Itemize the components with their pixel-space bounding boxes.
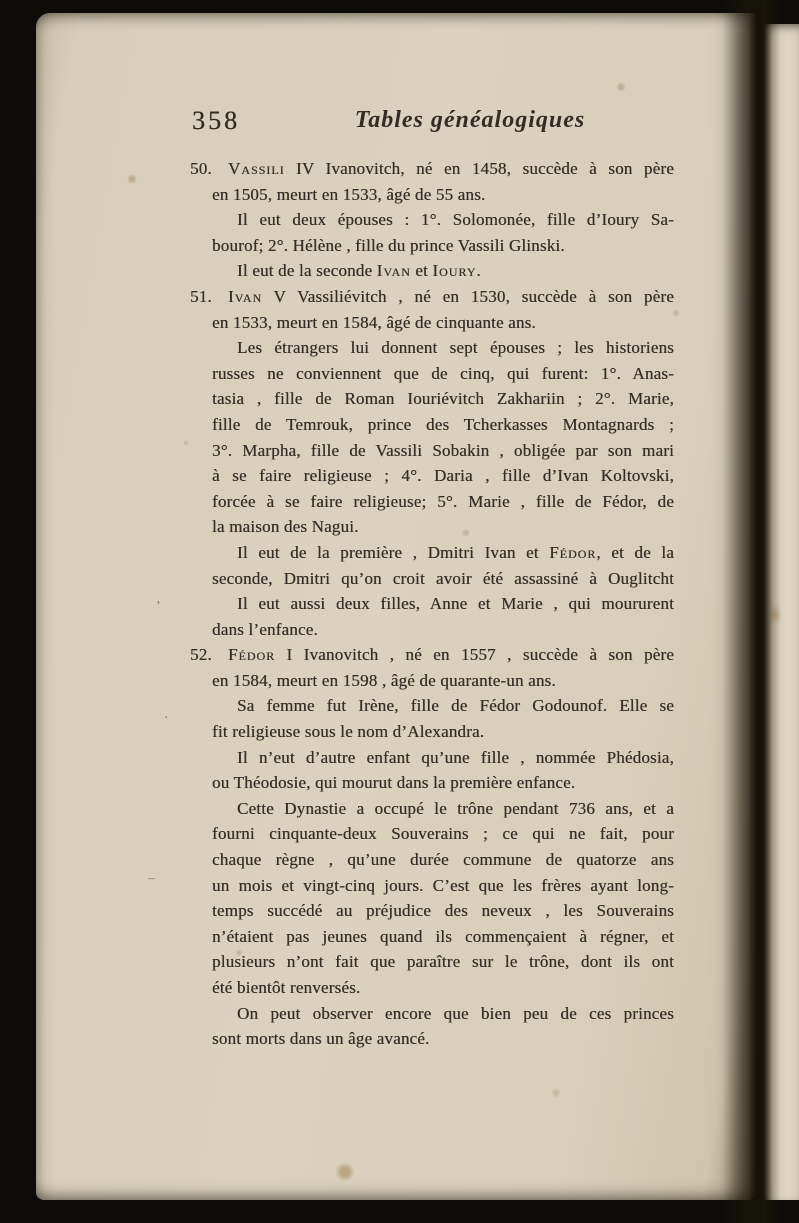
text-line: Les étrangers lui donnent sept épouses ;…	[190, 335, 674, 361]
scan-artifact-mark: –	[148, 871, 155, 887]
text-line: la maison des Nagui.	[190, 514, 674, 540]
text-run: forcée à se faire religieuse; 5°. Marie …	[212, 492, 674, 511]
paper-stain	[767, 604, 783, 626]
text-run: fit religieuse sous le nom d’Alexandra.	[212, 722, 484, 741]
text-line: un mois et vingt-cinq jours. C’est que l…	[190, 873, 674, 899]
text-run: I Ivanovitch , né en 1557 , succède à so…	[275, 645, 674, 664]
entry-line: 50.Vassili IV Ivanovitch, né en 1458, su…	[190, 156, 674, 182]
text-run: ou Théodosie, qui mourut dans la premièr…	[212, 773, 575, 792]
entry-number: 52.	[190, 642, 228, 668]
text-line: à se faire religieuse ; 4°. Daria , fill…	[190, 463, 674, 489]
text-line: temps succédé au préjudice des neveux , …	[190, 898, 674, 924]
text-line: bourof; 2°. Hélène , fille du prince Vas…	[190, 233, 674, 259]
text-line: Il eut de la seconde Ivan et Ioury.	[190, 258, 674, 284]
text-run: seconde, Dmitri qu’on croit avoir été as…	[212, 569, 674, 588]
text-run: Il eut de la seconde	[237, 261, 377, 280]
text-run: Sa femme fut Irène, fille de Fédor Godou…	[237, 696, 674, 715]
text-line: été bientôt renversés.	[190, 975, 674, 1001]
text-line: Il n’eut d’autre enfant qu’une fille , n…	[190, 745, 674, 771]
text-run: On peut observer encore que bien peu de …	[237, 1004, 674, 1023]
text-run: chaque règne , qu’une durée commune de q…	[212, 850, 674, 869]
text-run: tasia , fille de Roman Iouriévitch Zakha…	[212, 389, 674, 408]
text-run: Il eut deux épouses : 1°. Solomonée, fil…	[237, 210, 674, 229]
text-line: n’étaient pas jeunes quand ils commençai…	[190, 924, 674, 950]
small-caps-name: Ioury	[432, 261, 476, 280]
text-line: chaque règne , qu’une durée commune de q…	[190, 847, 674, 873]
entry-line: 52.Fédor I Ivanovitch , né en 1557 , suc…	[190, 642, 674, 668]
running-title: Tables généalogiques	[310, 107, 630, 134]
text-line: sont morts dans un âge avancé.	[190, 1026, 674, 1052]
text-line: On peut observer encore que bien peu de …	[190, 1001, 674, 1027]
entry-line: 51.Ivan V Vassiliévitch , né en 1530, su…	[190, 284, 674, 310]
text-run: un mois et vingt-cinq jours. C’est que l…	[212, 876, 674, 895]
small-caps-name: Vassili	[228, 159, 285, 178]
page-number: 358	[192, 106, 240, 136]
text-run: fourni cinquante-deux Souverains ; ce qu…	[212, 824, 674, 843]
text-line: Il eut aussi deux filles, Anne et Marie …	[190, 591, 674, 617]
text-run: fille de Temrouk, prince des Tcherkasses…	[212, 415, 674, 434]
text-run: été bientôt renversés.	[212, 978, 360, 997]
book-scan: 358 Tables généalogiques 50.Vassili IV I…	[0, 0, 799, 1223]
text-run: russes ne conviennent que de cinq, qui f…	[212, 364, 674, 383]
text-line: dans l’enfance.	[190, 617, 674, 643]
text-run: en 1505, meurt en 1533, âgé de 55 ans.	[212, 185, 485, 204]
text-run: dans l’enfance.	[212, 620, 318, 639]
right-page-edge	[757, 24, 799, 1200]
text-line: en 1505, meurt en 1533, âgé de 55 ans.	[190, 182, 674, 208]
text-line: Sa femme fut Irène, fille de Fédor Godou…	[190, 693, 674, 719]
text-line: en 1584, meurt en 1598 , âgé de quarante…	[190, 668, 674, 694]
text-run: bourof; 2°. Hélène , fille du prince Vas…	[212, 236, 565, 255]
text-run: à se faire religieuse ; 4°. Daria , fill…	[212, 466, 674, 485]
entry-number: 51.	[190, 284, 228, 310]
text-run: Cette Dynastie a occupé le trône pendant…	[237, 799, 674, 818]
text-run: et	[411, 261, 433, 280]
text-line: forcée à se faire religieuse; 5°. Marie …	[190, 489, 674, 515]
text-line: Cette Dynastie a occupé le trône pendant…	[190, 796, 674, 822]
text-line: tasia , fille de Roman Iouriévitch Zakha…	[190, 386, 674, 412]
small-caps-name: Fédor	[228, 645, 275, 664]
small-caps-name: Ivan	[377, 261, 411, 280]
text-run: plusieurs n’ont fait que paraître sur le…	[212, 952, 674, 971]
text-run: la maison des Nagui.	[212, 517, 359, 536]
entry-number: 50.	[190, 156, 228, 182]
text-run: 3°. Marpha, fille de Vassili Sobakin , o…	[212, 441, 674, 460]
text-run: , et de la	[596, 543, 674, 562]
text-run: n’étaient pas jeunes quand ils commençai…	[212, 927, 674, 946]
text-block: 50.Vassili IV Ivanovitch, né en 1458, su…	[190, 156, 674, 1052]
text-run: sont morts dans un âge avancé.	[212, 1029, 430, 1048]
text-line: fille de Temrouk, prince des Tcherkasses…	[190, 412, 674, 438]
left-page: 358 Tables généalogiques 50.Vassili IV I…	[36, 13, 757, 1200]
text-line: ou Théodosie, qui mourut dans la premièr…	[190, 770, 674, 796]
text-run: IV Ivanovitch, né en 1458, succède à son…	[285, 159, 674, 178]
small-caps-name: Ivan	[228, 287, 262, 306]
scan-artifact-mark: ·	[164, 711, 169, 727]
text-run: en 1533, meurt en 1584, âgé de cinquante…	[212, 313, 536, 332]
text-line: fit religieuse sous le nom d’Alexandra.	[190, 719, 674, 745]
text-run: Il eut aussi deux filles, Anne et Marie …	[237, 594, 674, 613]
text-line: plusieurs n’ont fait que paraître sur le…	[190, 949, 674, 975]
text-run: V Vassiliévitch , né en 1530, succède à …	[262, 287, 674, 306]
text-line: en 1533, meurt en 1584, âgé de cinquante…	[190, 310, 674, 336]
text-run: en 1584, meurt en 1598 , âgé de quarante…	[212, 671, 556, 690]
text-line: Il eut deux épouses : 1°. Solomonée, fil…	[190, 207, 674, 233]
text-line: Il eut de la première , Dmitri Ivan et F…	[190, 540, 674, 566]
text-run: .	[476, 261, 480, 280]
scan-artifact-mark: ’	[156, 599, 161, 615]
text-line: seconde, Dmitri qu’on croit avoir été as…	[190, 566, 674, 592]
page-header: 358 Tables généalogiques	[190, 105, 674, 141]
text-line: 3°. Marpha, fille de Vassili Sobakin , o…	[190, 438, 674, 464]
text-run: temps succédé au préjudice des neveux , …	[212, 901, 674, 920]
text-run: Il eut de la première , Dmitri Ivan et	[237, 543, 549, 562]
text-run: Les étrangers lui donnent sept épouses ;…	[237, 338, 674, 357]
text-run: Il n’eut d’autre enfant qu’une fille , n…	[237, 748, 674, 767]
text-line: fourni cinquante-deux Souverains ; ce qu…	[190, 821, 674, 847]
text-line: russes ne conviennent que de cinq, qui f…	[190, 361, 674, 387]
small-caps-name: Fédor	[549, 543, 596, 562]
